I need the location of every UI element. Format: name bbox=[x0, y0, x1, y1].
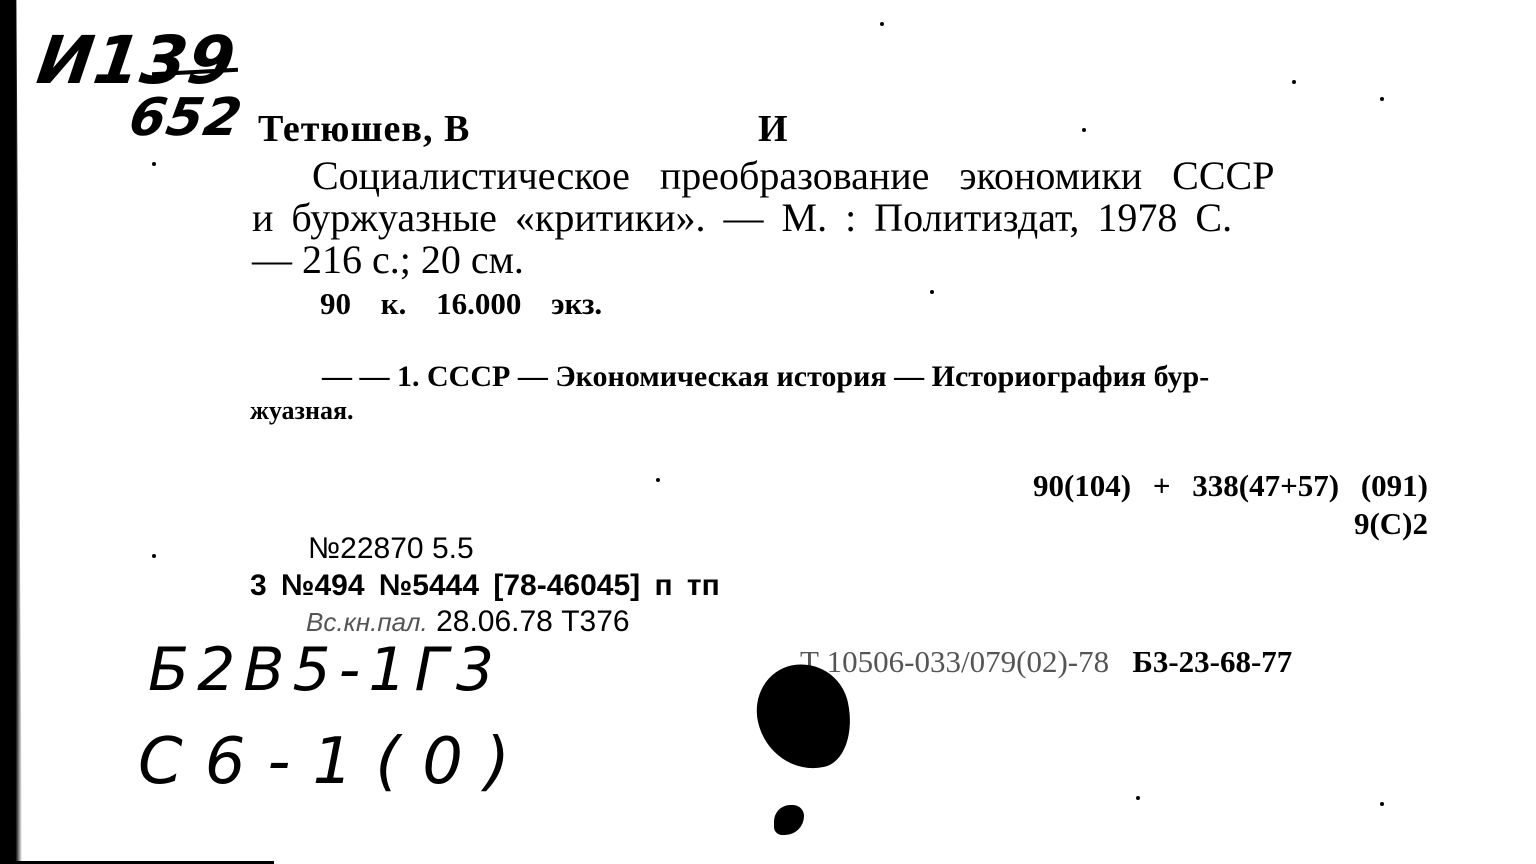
title-line: — 216 с.; 20 см. bbox=[252, 240, 524, 280]
title-line: и буржуазные «критики». — М. : Политизда… bbox=[252, 198, 1232, 238]
order-number: №22870 5.5 bbox=[308, 534, 474, 564]
scan-speck bbox=[930, 290, 934, 294]
catalog-code-line: Т 10506-033/079(02)-78 Б3-23-68-77 bbox=[800, 646, 1292, 677]
title-line: Социалистическое преобразование экономик… bbox=[312, 156, 1274, 196]
subject-heading-continuation: жуазная. bbox=[250, 398, 354, 424]
scan-speck bbox=[656, 478, 660, 482]
scan-speck bbox=[1380, 97, 1384, 101]
scan-speck bbox=[1082, 128, 1086, 132]
shelfmark-bottom: 652 bbox=[125, 92, 246, 144]
classification-index-secondary: 9(С)2 bbox=[1354, 508, 1428, 539]
classification-index: 90(104) + 338(47+57) (091) bbox=[1033, 470, 1428, 501]
book-chamber-date: Вс.кн.пал. 28.06.78 Т376 bbox=[306, 607, 630, 637]
catalog-code-prefix: Т 10506-033/079(02)-78 bbox=[800, 644, 1109, 679]
scan-speck bbox=[152, 162, 156, 166]
price-and-print-run: 90 к. 16.000 экз. bbox=[320, 288, 602, 319]
handwritten-note: С6-1(0) bbox=[138, 730, 532, 794]
scan-edge-left bbox=[0, 0, 14, 864]
handwritten-note: Б2В5-1Г3 bbox=[148, 640, 502, 700]
book-chamber-label: Вс.кн.пал. bbox=[306, 607, 428, 637]
ink-blot bbox=[774, 805, 804, 835]
catalog-card: И139 652 Тетюшев, В И Социалистическое п… bbox=[0, 0, 1536, 864]
scan-speck bbox=[880, 22, 884, 26]
scan-speck bbox=[152, 554, 156, 558]
author-second-initial: И bbox=[758, 110, 788, 148]
order-details: 3 №494 №5444 [78-46045] п тп bbox=[250, 571, 720, 601]
catalog-code-suffix: Б3-23-68-77 bbox=[1132, 644, 1292, 679]
scan-speck bbox=[1380, 802, 1384, 806]
scan-speck bbox=[1136, 796, 1140, 800]
shelfmark-top: И139 bbox=[33, 28, 239, 94]
book-chamber-date-value: 28.06.78 Т376 bbox=[436, 605, 630, 638]
scan-speck bbox=[1292, 80, 1296, 84]
subject-heading: — — 1. СССР — Экономическая история — Ис… bbox=[322, 362, 1209, 392]
author-name: Тетюшев, В bbox=[258, 110, 470, 148]
